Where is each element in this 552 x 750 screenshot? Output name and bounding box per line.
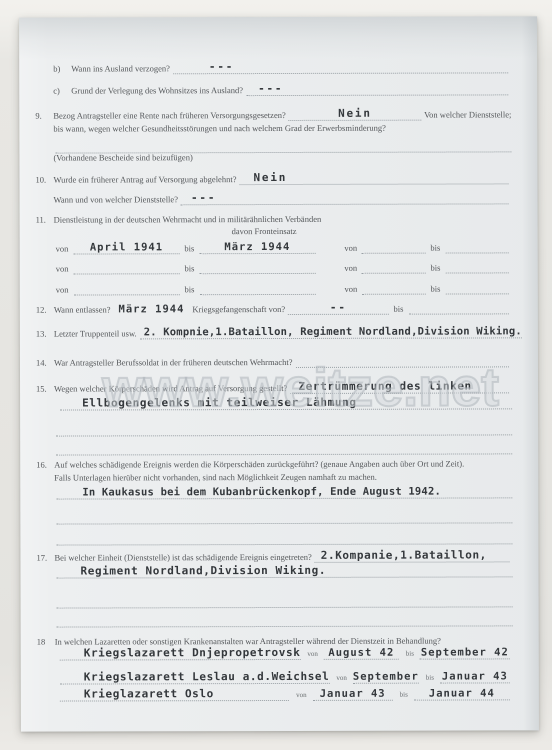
hospital-to-line: Januar 43 [440,670,510,683]
service-to-2 [199,261,315,274]
von-label: von [344,263,357,274]
blank-dotted-line [56,441,512,455]
question-18-number: 18 [37,637,55,648]
bis-label: bis [426,673,434,684]
question-10-text2: Wann und von welcher Dienststelle? [54,194,178,205]
question-17-answer-row: Regiment Nordland,Division Wiking. [57,564,513,578]
question-14-row: 14. War Antragsteller Berufssoldat in de… [36,355,512,368]
bis-label: bis [394,304,404,315]
answer-line-9: Nein [289,108,421,121]
bis-label: bis [184,243,194,254]
question-12-row: 12. Wann entlassen? März 1944 Kriegsgefa… [36,302,512,315]
service-row-2: von bis von bis [36,261,512,274]
question-17-number: 17. [36,553,54,564]
question-9-note-row: (Vorhandene Bescheide sind beizufügen) [35,150,511,163]
blank-dotted-line [56,510,512,524]
blank-dotted-line [56,422,512,436]
hospital-name: Krieglazarett Oslo [84,688,214,700]
service-from-1-value: April 1941 [90,241,163,253]
question-16-text2: Falls Unterlagen hierüber nicht vorhande… [54,472,377,484]
question-15-row2: Ellbogengelenks mit teilweiser Lähmung [60,396,512,410]
bis-label: bis [406,649,414,660]
question-15-number: 15. [36,384,54,395]
bis-label: bis [430,243,440,254]
answer-line-13: 2. Kompnie,1.Bataillon, Regiment Nordlan… [140,325,522,339]
photo-background: b) Wann ins Ausland verzogen? --- c) Gru… [0,0,552,750]
question-12-number: 12. [36,305,54,316]
service-to-1b [445,240,508,253]
answer-line-14 [295,354,509,368]
service-row-1: von April 1941 bis März 1944 von bis [36,241,512,254]
von-label: von [296,690,307,701]
hospital-name: Kriegslazarett Dnjepropetrovsk [84,647,301,660]
question-10-answer2: --- [191,192,216,204]
question-15-answer1: Zertrümmerung des linken [298,380,471,392]
service-to-1: März 1944 [199,241,315,254]
bis-label: bis [185,284,195,295]
question-14-text: War Antragsteller Berufssoldat in der fr… [54,357,293,369]
document-paper: b) Wann ins Ausland verzogen? --- c) Gru… [19,16,539,731]
answer-line-c: --- [246,82,508,96]
question-10-text: Wurde ein früherer Antrag auf Versorgung… [53,174,236,185]
form-content: b) Wann ins Ausland verzogen? --- c) Gru… [19,16,539,731]
question-c-text: Grund der Verlegung des Wohnsitzes ins A… [71,85,243,96]
answer-line-b: --- [173,60,508,74]
question-16-number: 16. [36,460,54,471]
service-from-2 [73,261,179,274]
hospital-from: August 42 [328,647,394,659]
service-from-1: April 1941 [73,241,179,254]
question-12-text: Wann entlassen? [54,304,111,315]
von-label: von [56,264,69,275]
hospital-row: Krieglazarett Oslo von Januar 43 bis Jan… [57,688,513,701]
hospital-from-line: September [353,671,419,684]
blank-dotted-line [57,613,513,627]
von-label: von [56,244,69,255]
service-to-2b [445,260,508,273]
hospital-to: Januar 43 [442,670,508,682]
answer-line-12b [408,301,508,314]
question-16-answer: In Kaukasus bei dem Kubanbrückenkopf, En… [82,486,441,499]
question-b-row: b) Wann ins Ausland verzogen? --- [35,61,511,74]
question-15-text: Wegen welcher Körperschäden wird Antrag … [54,383,287,395]
question-10-answer: Nein [253,172,287,184]
question-b-answer: --- [209,61,234,73]
question-9-row: 9. Bezog Antragsteller eine Rente nach f… [35,108,511,121]
question-10-row: 10. Wurde ein früherer Antrag auf Versor… [35,172,511,185]
hospital-from: September [353,671,419,683]
hospital-name-line: Kriegslazarett Dnjepropetrovsk [60,647,301,661]
hospital-from-line: August 42 [324,647,399,660]
hospital-to-line: September 42 [420,646,510,659]
service-from-3 [74,282,180,295]
question-16-row2: Falls Unterlagen hierüber nicht vorhande… [36,470,512,483]
blank-dotted-line [56,531,512,545]
question-12-text2: Kriegsgefangenschaft von? [192,304,285,315]
von-label: von [336,673,347,684]
question-9-row2: bis wann, wegen welcher Gesundheitsstöru… [35,121,511,134]
service-to-1-value: März 1944 [224,241,290,253]
question-9-note: (Vorhandene Bescheide sind beizufügen) [53,152,192,163]
question-c-label: c) [53,86,71,97]
question-b-label: b) [53,64,71,75]
question-11-subheading: davon Fronteinsatz [232,226,297,237]
bis-label: bis [184,263,194,274]
question-12-answer2: -- [330,302,347,314]
hospital-to-line: Januar 44 [414,687,510,700]
service-to-3 [199,282,315,295]
answer-line-10b: --- [181,191,509,205]
question-9-text2: Von welcher Dienststelle; [424,109,511,120]
question-17-answer2: Regiment Nordland,Division Wiking. [81,565,327,578]
hospital-from-line: Januar 43 [313,688,393,701]
service-from-3b [362,282,425,295]
question-13-row: 13. Letzter Truppenteil usw. 2. Kompnie,… [36,326,512,339]
question-10-row2: Wann und von welcher Dienststelle? --- [36,192,512,205]
hospital-row: Kriegslazarett Leslau a.d.Weichsel von S… [57,671,513,684]
question-13-number: 13. [36,329,54,340]
question-17-row: 17. Bei welcher Einheit (Dienststelle) i… [36,550,512,563]
question-17-text: Bei welcher Einheit (Dienststelle) ist d… [54,552,311,564]
answer-line-10: Nein [239,171,508,185]
answer-line-12: -- [288,302,388,315]
question-15-row: 15. Wegen welcher Körperschäden wird Ant… [36,381,512,394]
von-label: von [307,649,318,660]
bis-label: bis [400,690,408,701]
answer-line-15: Zertrümmerung des linken [290,380,509,394]
question-13-text: Letzter Truppenteil usw. [54,328,137,339]
hospital-to: September 42 [421,646,509,658]
von-label: von [344,243,357,254]
question-16-text1: Auf welches schädigende Ereignis werden … [54,459,464,471]
question-10-number: 10. [35,175,53,186]
question-11-text: Dienstleistung in der deutschen Wehrmach… [54,214,322,226]
question-9-text: Bezog Antragsteller eine Rente nach früh… [53,110,285,122]
service-from-2b [362,261,425,274]
bis-label: bis [430,263,440,274]
von-label: von [344,284,357,295]
question-b-text: Wann ins Ausland verzogen? [71,63,170,74]
question-13-answer: 2. Kompnie,1.Bataillon, Regiment Nordlan… [144,325,522,338]
question-c-row: c) Grund der Verlegung des Wohnsitzes in… [35,83,511,96]
question-11-row: 11. Dienstleistung in der deutschen Wehr… [36,212,512,225]
von-label: von [56,285,69,296]
question-11-number: 11. [36,215,54,226]
question-12-answer: März 1944 [118,303,184,315]
blank-dotted-line [57,594,513,608]
hospital-from: Januar 43 [320,688,386,700]
question-14-number: 14. [36,358,54,369]
question-9-answer: Nein [338,108,372,120]
service-row-3: von bis von bis [36,282,512,295]
hospital-name-line: Krieglazarett Oslo [60,688,289,702]
hospital-to: Januar 44 [429,687,495,699]
question-c-answer: --- [258,83,283,95]
hospital-name-line: Kriegslazarett Leslau a.d.Weichsel [60,671,330,685]
bis-label: bis [431,284,441,295]
answer-line-17: 2.Kompanie,1.Bataillon, [315,549,510,563]
hospital-name: Kriegslazarett Leslau a.d.Weichsel [84,671,330,684]
hospital-row: Kriegslazarett Dnjepropetrovsk von Augus… [57,647,513,660]
question-15-answer2: Ellbogengelenks mit teilweiser Lähmung [82,397,356,410]
question-16-row: 16. Auf welches schädigende Ereignis wer… [36,457,512,470]
service-to-3b [445,281,508,294]
question-16-answer-row: In Kaukasus bei dem Kubanbrückenkopf, En… [56,485,512,499]
question-17-answer1: 2.Kompanie,1.Bataillon, [321,549,487,561]
question-9-number: 9. [35,111,53,122]
service-from-1b [362,241,425,254]
question-9-text3: bis wann, wegen welcher Gesundheitsstöru… [53,123,386,135]
